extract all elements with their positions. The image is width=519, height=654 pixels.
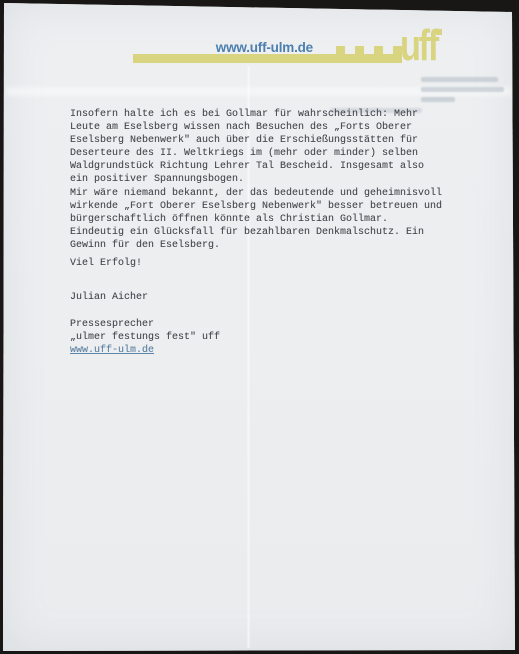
signature-name: Julian Aicher [70, 291, 148, 304]
scanned-letter-page: www.uff-ulm.de uff Insofern halte ich es… [0, 0, 519, 654]
letter-closing: Viel Erfolg! [70, 257, 142, 270]
uff-logo: uff [400, 28, 437, 64]
faded-fineprint-line [421, 87, 504, 92]
battlement-icon [355, 46, 364, 55]
signature-website-link[interactable]: www.uff-ulm.de [70, 344, 154, 357]
signature-organization: „ulmer festungs fest" uff [70, 331, 220, 344]
battlement-icon [336, 46, 345, 55]
faded-fineprint-line [421, 77, 498, 82]
battlement-icon [374, 46, 383, 55]
faded-fineprint-line [421, 97, 455, 102]
signature-role: Pressesprecher [70, 318, 154, 331]
letter-paragraph-1: Insofern halte ich es bei Gollmar für wa… [70, 108, 424, 186]
letter-paper: www.uff-ulm.de uff Insofern halte ich es… [0, 0, 519, 654]
logo-dot-icon [436, 29, 442, 35]
letterhead-accent-bar [133, 54, 402, 63]
letterhead-website: www.uff-ulm.de [150, 40, 313, 55]
letter-paragraph-2: Mir wäre niemand bekannt, der das bedeut… [70, 187, 442, 252]
